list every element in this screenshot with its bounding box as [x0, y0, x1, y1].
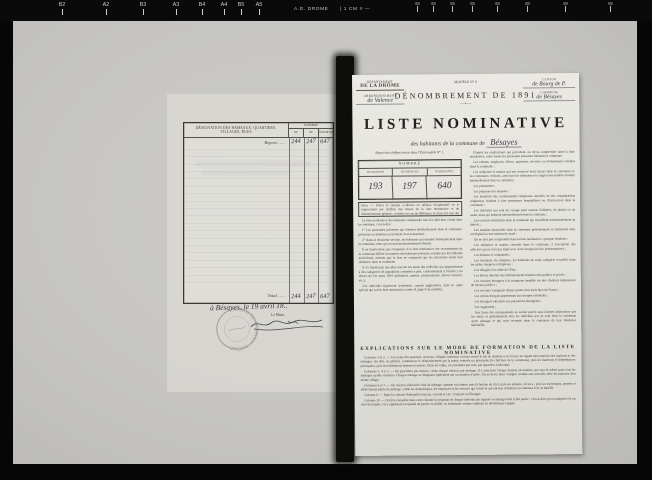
ruler-tick-mark: [433, 6, 434, 12]
binding-spine-shadow: [336, 56, 354, 462]
instruction-paragraph: Les réfugiés à la solde de l'État ;: [471, 268, 576, 273]
ruler-tick-mark: [224, 9, 225, 15]
left-text-column: La liste nominative des habitants compre…: [358, 218, 463, 341]
ruler-tick-label: A2: [99, 2, 113, 8]
instruction-paragraph: Les ouvriers domiciliés dans la commune …: [470, 218, 575, 227]
ruler-tick-mark: [106, 9, 107, 15]
ruler-tick: [445, 2, 459, 12]
archive-label: A.D. DROME: [294, 7, 329, 12]
ruler-tick: A2: [99, 2, 113, 15]
instruction-paragraph: Il ne faudra donc pas s'inquiéter si la …: [359, 247, 463, 265]
ruler-tick: [520, 2, 534, 12]
instruction-paragraph: 1° Les personnes présentes qui résident …: [358, 228, 462, 237]
instruction-paragraph: Aux listes des communautés ne seront por…: [471, 310, 576, 328]
ruler-tick-mark: [202, 9, 203, 15]
designation-column-header: DÉSIGNATION DES HAMEAUX, QUARTIERS, VILL…: [184, 123, 289, 137]
report-instruction-line: Report des chiffres totaux dans l'État m…: [358, 150, 462, 155]
report-menages-value: 247: [303, 138, 317, 146]
instruction-paragraph: Les élèves internes des établissements d…: [471, 273, 576, 278]
ruler-tick-mark: [452, 6, 453, 12]
instruction-paragraph: Les étudiants, les religieux, les habita…: [471, 258, 576, 267]
habitants-value: 640: [427, 175, 461, 200]
instruction-paragraph: Il n'y faudra pas non plus inscrire les …: [359, 265, 463, 283]
instruction-paragraph: On ne doit pas comprendre dans la liste …: [470, 237, 575, 242]
explications-paragraphs: Colonnes 1 et 2. — Les noms des quartier…: [360, 354, 576, 424]
ruler-tick-label: B4: [195, 2, 209, 8]
ruler-tick-mark: [62, 9, 63, 15]
ruler-tick: A3: [169, 2, 183, 15]
instruction-paragraph: Les membres des communautés religieuses …: [470, 194, 575, 208]
nombre-box-values: 193 197 640: [359, 176, 461, 201]
col-maisons: DE MAISONS: [359, 169, 393, 176]
instruction-paragraph: La liste nominative des habitants compre…: [358, 218, 462, 227]
total-row-label: Total……: [184, 293, 289, 298]
ruler-tick-mark: [527, 6, 528, 12]
ruler-tick-smudge: [415, 2, 420, 5]
nombre-summary-box: NOMBRE DE MAISONS DE MÉNAGES D'HABITANTS…: [358, 159, 462, 200]
scale-label: | 1 CM ≡ —: [340, 7, 370, 12]
instruction-paragraph: Les étrangers rattachés aux puissances é…: [471, 299, 576, 304]
ruler-tick: A5: [252, 2, 266, 15]
ruler-tick-label: A3: [169, 2, 183, 8]
ruler-tick-smudge: [608, 2, 613, 5]
explication-paragraph: Colonnes 3, 4 et 5. — On procédera par m…: [361, 368, 576, 383]
subheader-menages: DE MÉNAGES: [304, 128, 319, 137]
total-menages-value: 247: [303, 293, 317, 301]
ruler-tick: [465, 2, 479, 12]
show-through-smudge: [202, 171, 290, 175]
ruler-tick-smudge: [563, 2, 568, 5]
instruction-paragraph: Les individus qui sont en voyage pour ra…: [470, 208, 575, 217]
ruler-tick-mark: [565, 6, 566, 12]
explication-paragraph: Colonne 10. — On fera connaître dans cet…: [361, 397, 576, 407]
ruler-tick-label: B3: [136, 2, 150, 8]
commune-value: de Bésayes: [523, 94, 575, 101]
microfilm-ruler: B2 A2 B3 A3 B4: [0, 0, 652, 21]
ruler-tick: [490, 2, 504, 12]
explication-paragraph: Colonnes 6 et 7. — On inscrira d'abord l…: [361, 382, 576, 392]
ruler-tick-label: A4: [217, 2, 231, 8]
show-through-smudge: [196, 161, 311, 166]
report-row-label: Report……: [184, 140, 289, 145]
instruction-paragraph: D'après les explications qui précèdent, …: [470, 150, 575, 159]
report-habitants-value: 647: [318, 138, 332, 146]
menages-value: 197: [393, 176, 428, 201]
instruction-paragraph: Les vagabonds ;: [471, 305, 576, 310]
canton-value: de Bourg de P.: [523, 81, 575, 88]
instruction-paragraph: Les ouvriers voyageant depuis moins d'un…: [471, 288, 576, 293]
ruler-tick: B4: [195, 2, 209, 15]
liste-nominative-page: DÉPARTEMENT DE LA DRÔME ARRONDISSEMENT d…: [352, 73, 582, 456]
instruction-paragraph: Les détenus et condamnés ;: [471, 252, 576, 257]
instruction-paragraph: Les militaires et marins qui ont conserv…: [470, 169, 575, 183]
ruler-tick-smudge: [525, 2, 530, 5]
instruction-paragraph: Les enfants, employés, élèves, apprentis…: [470, 160, 575, 169]
right-text-column: D'après les explications qui précèdent, …: [470, 150, 577, 337]
ruler-tick: B5: [234, 2, 248, 15]
ruler-tick-smudge: [450, 2, 455, 5]
ruler-tick-smudge: [470, 2, 475, 5]
ruler-tick: B3: [136, 2, 150, 15]
nota-box: Nota. — Porter le résultat ci-dessus au …: [358, 201, 462, 217]
subheader-habitants: D'HABITANTS: [319, 128, 333, 137]
col-menages: DE MÉNAGES: [393, 168, 427, 175]
ruler-tick-mark: [497, 6, 498, 12]
ruler-tick-mark: [472, 6, 473, 12]
ruler-tick-label: B2: [55, 2, 69, 8]
subtitle-prefix: des habitants de la commune de: [411, 141, 485, 148]
instruction-paragraph: Les ouvriers étrangers à la commune inst…: [471, 278, 576, 287]
ruler-tick: B2: [55, 2, 69, 15]
ruler-tick: [558, 2, 572, 12]
page-title: LISTE NOMINATIVE: [352, 115, 579, 134]
ruler-tick-smudge: [431, 2, 436, 5]
microfilm-scan-frame: B2 A2 B3 A3 B4: [0, 0, 652, 480]
instruction-paragraph: 2° Dans la deuxième section, les habitan…: [358, 237, 462, 246]
subheader-maisons: DE MAISONS: [289, 128, 304, 137]
total-habitants-value: 647: [318, 293, 332, 301]
ruler-tick: A4: [217, 2, 231, 15]
ruler-tick: [426, 2, 440, 12]
subtitle-commune: Bésayes: [486, 137, 521, 148]
ruler-tick-label: B5: [234, 2, 248, 8]
report-maisons-value: 244: [289, 138, 303, 146]
instruction-paragraph: Les prisonniers ;: [470, 183, 575, 188]
explication-paragraph: Colonnes 1 et 2. — Les noms des quartier…: [360, 354, 575, 369]
col-habitants: D'HABITANTS: [427, 168, 460, 175]
maisons-value: 193: [358, 176, 393, 201]
canton-block: CANTON de Bourg de P. COMMUNE de Bésayes: [523, 77, 575, 103]
ruler-tick-mark: [176, 9, 177, 15]
ruled-body: [186, 149, 331, 287]
instruction-paragraph: Ces individus figureront seulement, comm…: [359, 283, 463, 292]
ruler-tick-smudge: [495, 2, 500, 5]
ruler-tick-label: A5: [252, 2, 266, 8]
ruler-tick-mark: [417, 6, 418, 12]
ruler-tick-mark: [241, 9, 242, 15]
instruction-paragraph: Les militaires et marins casernés dans l…: [470, 243, 575, 252]
ruler-tick-mark: [259, 9, 260, 15]
summary-table: DÉSIGNATION DES HAMEAUX, QUARTIERS, VILL…: [183, 122, 334, 304]
total-maisons-value: 244: [289, 293, 303, 301]
instruction-paragraph: Les préposés des douanes ;: [470, 189, 575, 194]
ruler-tick-mark: [610, 6, 611, 12]
ruler-tick: [410, 2, 424, 12]
instruction-paragraph: Les colons français appartenant aux trou…: [471, 294, 576, 299]
page-subtitle: des habitants de la commune de Bésayes: [353, 136, 580, 148]
ruler-tick: [603, 2, 617, 12]
ruler-tick-mark: [143, 9, 144, 15]
instruction-paragraph: Les malades domiciliés dans la commune p…: [470, 228, 575, 237]
nota-text: Nota. — Porter le résultat ci-dessus au …: [361, 203, 459, 217]
nombre-subheaders: DE MAISONS DE MÉNAGES D'HABITANTS: [289, 128, 333, 137]
